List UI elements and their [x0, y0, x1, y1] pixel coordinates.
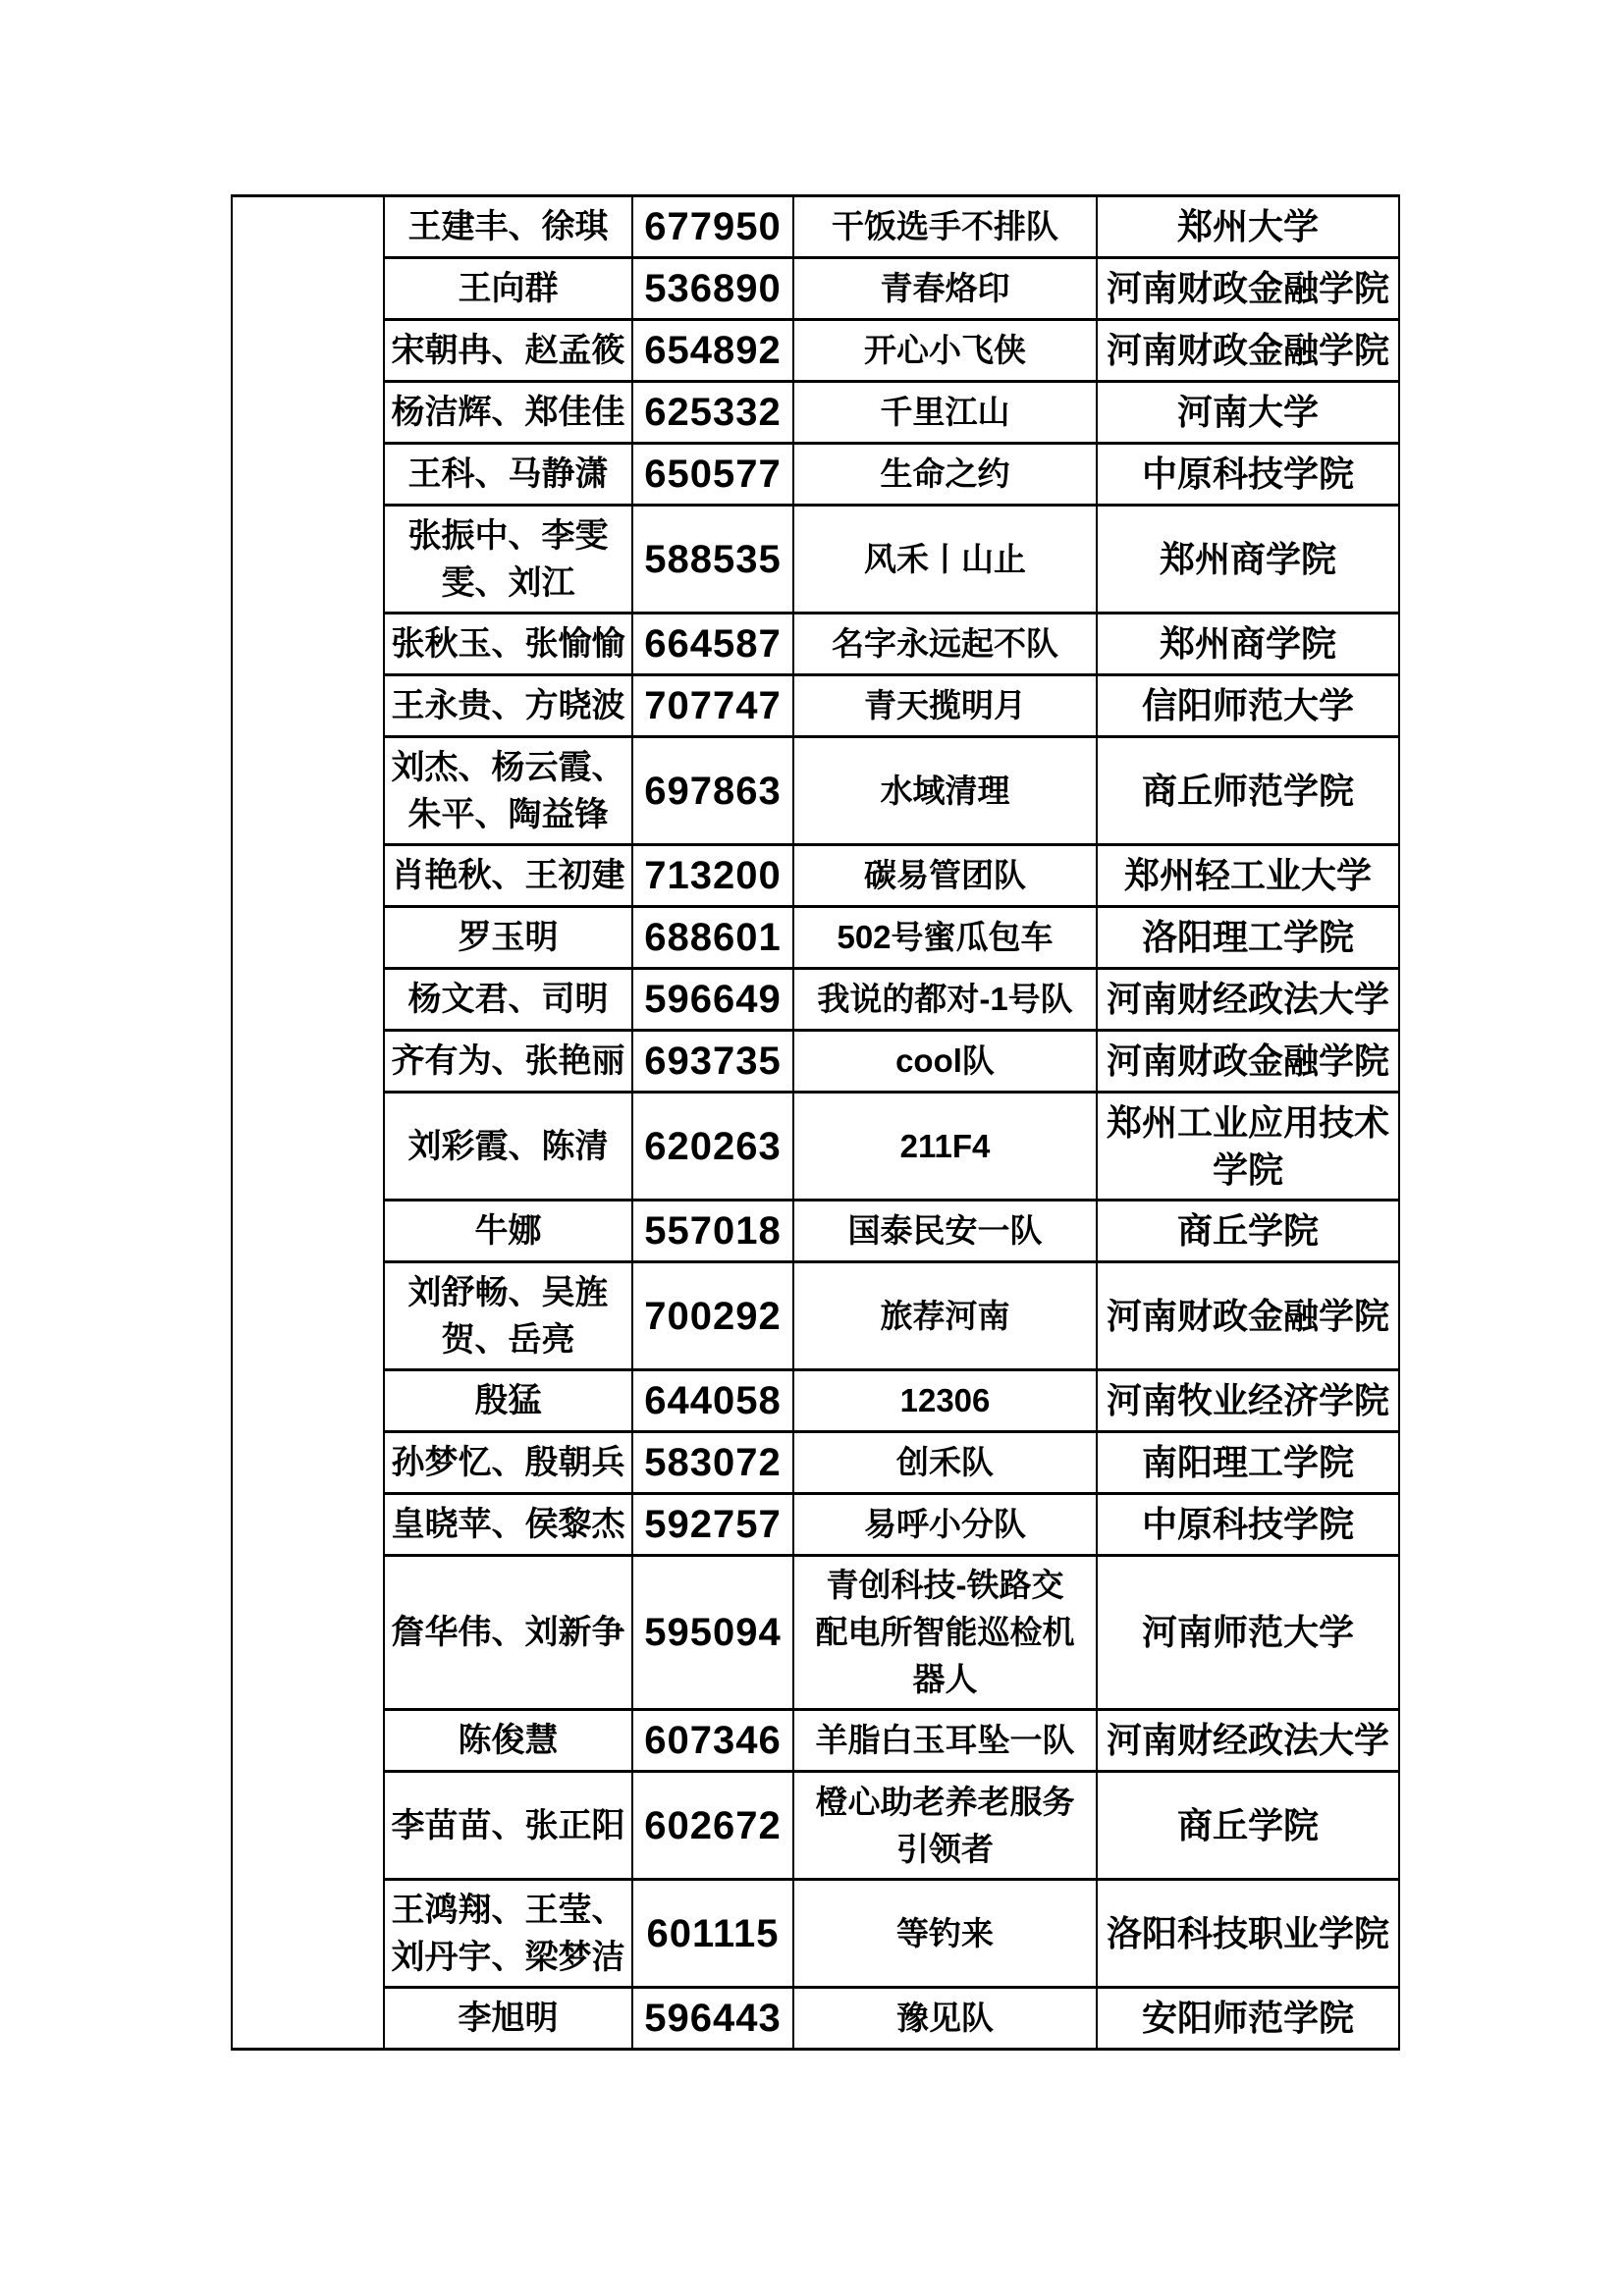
team-name-cell: 等钓来 [793, 1880, 1097, 1988]
members-cell: 王永贵、方晓波 [384, 675, 632, 737]
school-cell: 河南财政金融学院 [1097, 1031, 1399, 1093]
school-cell: 河南财经政法大学 [1097, 1710, 1399, 1772]
school-cell: 洛阳理工学院 [1097, 907, 1399, 969]
table-row: 皇晓苹、侯黎杰 592757 易呼小分队 中原科技学院 [232, 1494, 1399, 1556]
school-cell: 安阳师范学院 [1097, 1988, 1399, 2050]
members-cell: 刘杰、杨云霞、 朱平、陶益锋 [384, 737, 632, 845]
id-cell: 592757 [632, 1494, 793, 1556]
school-cell: 郑州商学院 [1097, 614, 1399, 675]
team-name-cell: 千里江山 [793, 382, 1097, 444]
table-row: 刘彩霞、陈清 620263 211F4 郑州工业应用技术 学院 [232, 1093, 1399, 1201]
id-cell: 677950 [632, 196, 793, 258]
school-cell: 洛阳科技职业学院 [1097, 1880, 1399, 1988]
members-cell: 肖艳秋、王初建 [384, 845, 632, 907]
id-cell: 536890 [632, 258, 793, 320]
team-name-cell: 易呼小分队 [793, 1494, 1097, 1556]
table-row: 齐有为、张艳丽 693735 cool队 河南财政金融学院 [232, 1031, 1399, 1093]
members-cell: 王向群 [384, 258, 632, 320]
team-roster-table: 王建丰、徐琪 677950 干饭选手不排队 郑州大学 王向群 536890 青春… [231, 194, 1400, 2051]
school-cell: 商丘学院 [1097, 1772, 1399, 1880]
school-cell: 商丘师范学院 [1097, 737, 1399, 845]
members-cell: 王科、马静潇 [384, 444, 632, 506]
school-cell: 南阳理工学院 [1097, 1432, 1399, 1494]
members-cell: 李旭明 [384, 1988, 632, 2050]
id-cell: 602672 [632, 1772, 793, 1880]
members-cell: 罗玉明 [384, 907, 632, 969]
school-cell: 中原科技学院 [1097, 444, 1399, 506]
spacer-cell [232, 196, 384, 2050]
id-cell: 601115 [632, 1880, 793, 1988]
id-cell: 625332 [632, 382, 793, 444]
table-row: 殷猛 644058 12306 河南牧业经济学院 [232, 1370, 1399, 1432]
table-row: 刘杰、杨云霞、 朱平、陶益锋 697863 水域清理 商丘师范学院 [232, 737, 1399, 845]
members-cell: 刘舒畅、吴旌 贺、岳亮 [384, 1262, 632, 1370]
table-row: 李旭明 596443 豫见队 安阳师范学院 [232, 1988, 1399, 2050]
id-cell: 664587 [632, 614, 793, 675]
team-name-cell: 青春烙印 [793, 258, 1097, 320]
id-cell: 607346 [632, 1710, 793, 1772]
team-name-cell: 橙心助老养老服务 引领者 [793, 1772, 1097, 1880]
table-row: 张秋玉、张愉愉 664587 名字永远起不队 郑州商学院 [232, 614, 1399, 675]
table-row: 王科、马静潇 650577 生命之约 中原科技学院 [232, 444, 1399, 506]
table-row: 李苗苗、张正阳 602672 橙心助老养老服务 引领者 商丘学院 [232, 1772, 1399, 1880]
team-name-cell: 国泰民安一队 [793, 1201, 1097, 1262]
school-cell: 商丘学院 [1097, 1201, 1399, 1262]
school-cell: 郑州大学 [1097, 196, 1399, 258]
table-row: 牛娜 557018 国泰民安一队 商丘学院 [232, 1201, 1399, 1262]
id-cell: 688601 [632, 907, 793, 969]
table-row: 孙梦忆、殷朝兵 583072 创禾队 南阳理工学院 [232, 1432, 1399, 1494]
team-name-cell: 水域清理 [793, 737, 1097, 845]
members-cell: 王建丰、徐琪 [384, 196, 632, 258]
table-row: 王永贵、方晓波 707747 青天揽明月 信阳师范大学 [232, 675, 1399, 737]
table-row: 张振中、李雯 雯、刘江 588535 风禾丨山止 郑州商学院 [232, 506, 1399, 614]
members-cell: 张振中、李雯 雯、刘江 [384, 506, 632, 614]
table-row: 詹华伟、刘新争 595094 青创科技-铁路交 配电所智能巡检机 器人 河南师范… [232, 1556, 1399, 1710]
id-cell: 693735 [632, 1031, 793, 1093]
id-cell: 654892 [632, 320, 793, 382]
team-name-cell: 豫见队 [793, 1988, 1097, 2050]
school-cell: 河南财政金融学院 [1097, 320, 1399, 382]
table-row: 刘舒畅、吴旌 贺、岳亮 700292 旅荐河南 河南财政金融学院 [232, 1262, 1399, 1370]
team-name-cell: 502号蜜瓜包车 [793, 907, 1097, 969]
members-cell: 皇晓苹、侯黎杰 [384, 1494, 632, 1556]
document-page: 王建丰、徐琪 677950 干饭选手不排队 郑州大学 王向群 536890 青春… [0, 0, 1623, 2296]
id-cell: 713200 [632, 845, 793, 907]
team-name-cell: 名字永远起不队 [793, 614, 1097, 675]
table-row: 宋朝冉、赵孟筱 654892 开心小飞侠 河南财政金融学院 [232, 320, 1399, 382]
team-name-cell: 旅荐河南 [793, 1262, 1097, 1370]
team-name-cell: 生命之约 [793, 444, 1097, 506]
table-row: 王向群 536890 青春烙印 河南财政金融学院 [232, 258, 1399, 320]
table-row: 杨文君、司明 596649 我说的都对-1号队 河南财经政法大学 [232, 969, 1399, 1031]
members-cell: 陈俊慧 [384, 1710, 632, 1772]
table-row: 肖艳秋、王初建 713200 碳易管团队 郑州轻工业大学 [232, 845, 1399, 907]
members-cell: 王鸿翔、王莹、 刘丹宇、梁梦洁 [384, 1880, 632, 1988]
team-name-cell: 211F4 [793, 1093, 1097, 1201]
members-cell: 殷猛 [384, 1370, 632, 1432]
table-row: 杨洁辉、郑佳佳 625332 千里江山 河南大学 [232, 382, 1399, 444]
members-cell: 张秋玉、张愉愉 [384, 614, 632, 675]
members-cell: 杨文君、司明 [384, 969, 632, 1031]
members-cell: 牛娜 [384, 1201, 632, 1262]
team-name-cell: cool队 [793, 1031, 1097, 1093]
school-cell: 河南师范大学 [1097, 1556, 1399, 1710]
members-cell: 杨洁辉、郑佳佳 [384, 382, 632, 444]
team-name-cell: 碳易管团队 [793, 845, 1097, 907]
school-cell: 郑州工业应用技术 学院 [1097, 1093, 1399, 1201]
id-cell: 700292 [632, 1262, 793, 1370]
members-cell: 刘彩霞、陈清 [384, 1093, 632, 1201]
team-name-cell: 风禾丨山止 [793, 506, 1097, 614]
table-row: 罗玉明 688601 502号蜜瓜包车 洛阳理工学院 [232, 907, 1399, 969]
team-name-cell: 开心小飞侠 [793, 320, 1097, 382]
members-cell: 孙梦忆、殷朝兵 [384, 1432, 632, 1494]
team-name-cell: 我说的都对-1号队 [793, 969, 1097, 1031]
id-cell: 588535 [632, 506, 793, 614]
id-cell: 620263 [632, 1093, 793, 1201]
school-cell: 郑州商学院 [1097, 506, 1399, 614]
id-cell: 583072 [632, 1432, 793, 1494]
school-cell: 河南财经政法大学 [1097, 969, 1399, 1031]
id-cell: 644058 [632, 1370, 793, 1432]
school-cell: 河南牧业经济学院 [1097, 1370, 1399, 1432]
team-name-cell: 创禾队 [793, 1432, 1097, 1494]
id-cell: 697863 [632, 737, 793, 845]
team-name-cell: 青天揽明月 [793, 675, 1097, 737]
members-cell: 齐有为、张艳丽 [384, 1031, 632, 1093]
id-cell: 595094 [632, 1556, 793, 1710]
id-cell: 707747 [632, 675, 793, 737]
members-cell: 詹华伟、刘新争 [384, 1556, 632, 1710]
school-cell: 河南财政金融学院 [1097, 258, 1399, 320]
id-cell: 557018 [632, 1201, 793, 1262]
id-cell: 596649 [632, 969, 793, 1031]
id-cell: 596443 [632, 1988, 793, 2050]
school-cell: 中原科技学院 [1097, 1494, 1399, 1556]
school-cell: 河南大学 [1097, 382, 1399, 444]
table-row: 王建丰、徐琪 677950 干饭选手不排队 郑州大学 [232, 196, 1399, 258]
team-name-cell: 羊脂白玉耳坠一队 [793, 1710, 1097, 1772]
school-cell: 郑州轻工业大学 [1097, 845, 1399, 907]
school-cell: 河南财政金融学院 [1097, 1262, 1399, 1370]
team-name-cell: 青创科技-铁路交 配电所智能巡检机 器人 [793, 1556, 1097, 1710]
team-name-cell: 12306 [793, 1370, 1097, 1432]
table-row: 陈俊慧 607346 羊脂白玉耳坠一队 河南财经政法大学 [232, 1710, 1399, 1772]
table-row: 王鸿翔、王莹、 刘丹宇、梁梦洁 601115 等钓来 洛阳科技职业学院 [232, 1880, 1399, 1988]
school-cell: 信阳师范大学 [1097, 675, 1399, 737]
members-cell: 李苗苗、张正阳 [384, 1772, 632, 1880]
members-cell: 宋朝冉、赵孟筱 [384, 320, 632, 382]
team-name-cell: 干饭选手不排队 [793, 196, 1097, 258]
id-cell: 650577 [632, 444, 793, 506]
